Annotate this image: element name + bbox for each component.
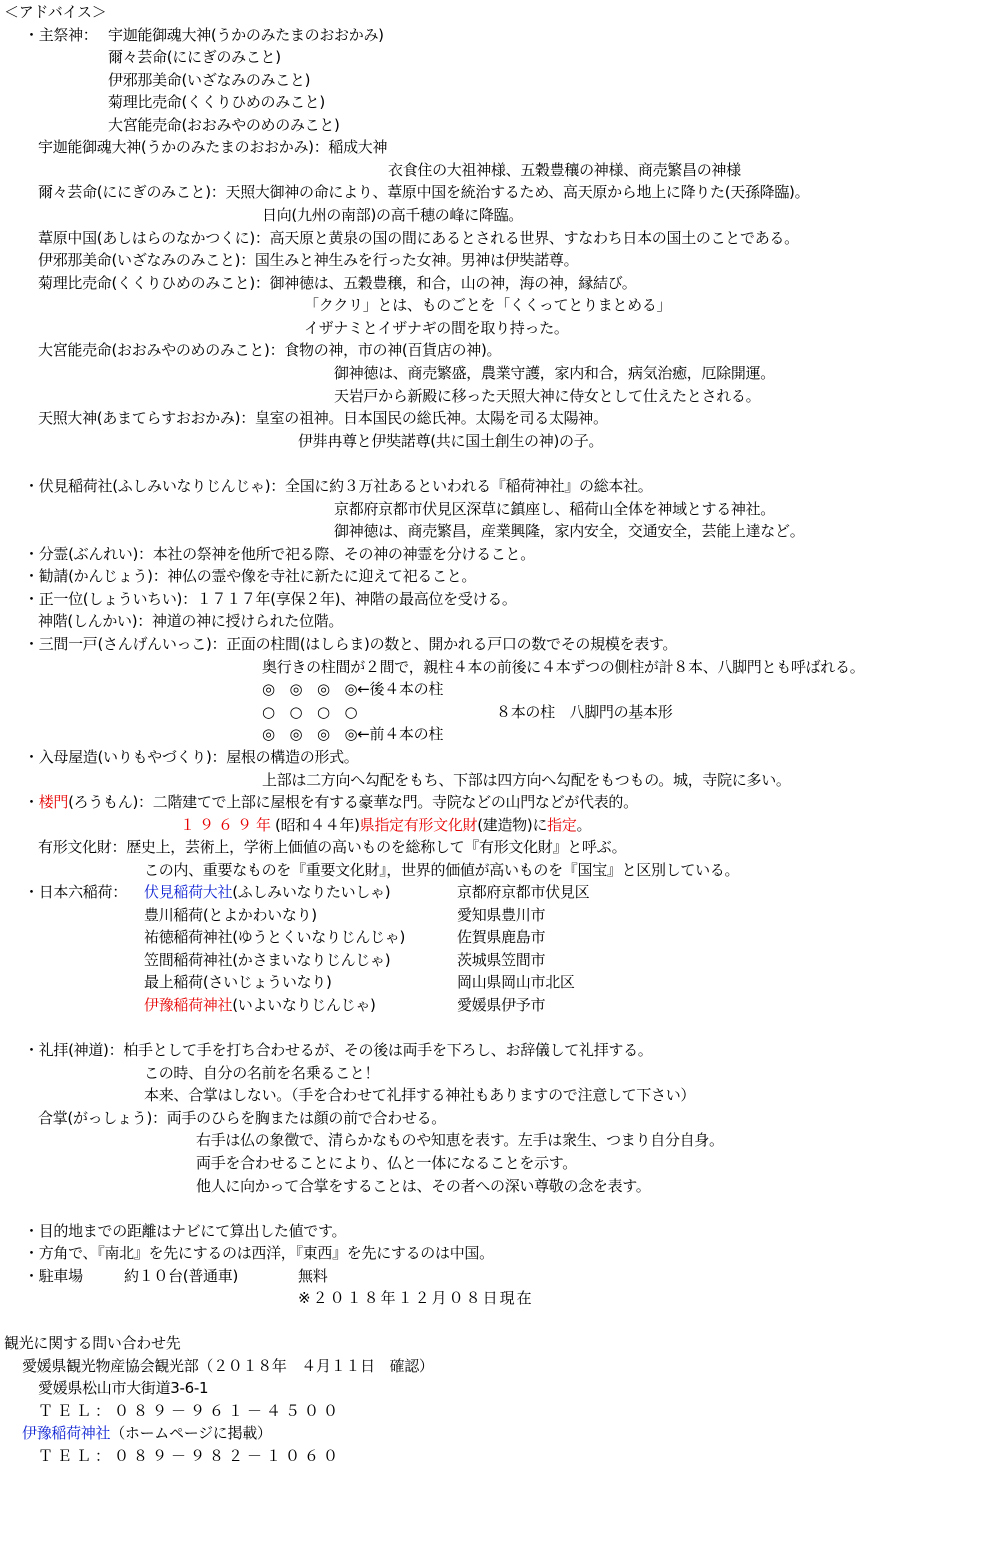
worship-term: ・礼拝(神道)：柏手として手を打ち合わせるが、その後は両手を下ろし、お辞儀して礼… bbox=[24, 1040, 653, 1060]
shrine-reading: (とよかわいなり) bbox=[203, 906, 317, 924]
cultural-property-line: この内、重要なものを『重要文化財』，世界的価値が高いものを『国宝』と区別している… bbox=[144, 860, 739, 880]
shrine-name: 豊川稲荷 bbox=[144, 906, 203, 924]
six-inari-item: 笠間稲荷神社(かさまいなりじんじゃ) bbox=[144, 950, 390, 970]
romon-term: ・楼門(ろうもん)：二階建てで上部に屋根を有する豪華な門。寺院などの山門などが代… bbox=[24, 792, 638, 812]
shrine-reading: (いよいなりじんじゃ) bbox=[232, 996, 375, 1014]
deity-note-line: 伊弉冉尊と伊奘諾尊(共に国土創生の神)の子。 bbox=[298, 431, 603, 451]
romon-structure: (建造物)に bbox=[477, 816, 547, 834]
shrine-reading: (ふしみいなりたいしゃ) bbox=[232, 883, 390, 901]
term-bunrei: ・分霊(ぶんれい)：本社の祭神を他所で祀る際、その神の神霊を分けること。 bbox=[24, 544, 535, 564]
contact-org2: 伊豫稲荷神社（ホームページに掲載） bbox=[22, 1423, 272, 1443]
gassho-line: 右手は仏の象徴で、清らかなものや知恵を表す。左手は衆生、つまり自分自身。 bbox=[196, 1130, 724, 1150]
shrine-name: 最上稲荷 bbox=[144, 973, 203, 991]
shrine-location: 茨城県笠間市 bbox=[457, 950, 545, 970]
romon-designation: １９６９年(昭和４４年)県指定有形文化財(建造物)に指定。 bbox=[180, 815, 591, 835]
shrine-location: 愛媛県伊予市 bbox=[457, 995, 545, 1015]
parking-capacity: 約１０台(普通車) bbox=[124, 1266, 238, 1286]
parking-fee: 無料 bbox=[298, 1266, 327, 1286]
fushimi-term: ・伏見稲荷社(ふしみいなりじんじゃ)：全国に約３万社あるといわれる『稲荷神社』の… bbox=[24, 476, 653, 496]
romon-designated: 指定 bbox=[547, 816, 576, 834]
deity-item: 伊邪那美命(いざなみのみこと) bbox=[108, 70, 310, 90]
pillar-diagram-back: ◎ ◎ ◎ ◎←後４本の柱 bbox=[262, 679, 443, 699]
romon-showa: (昭和４４年) bbox=[275, 816, 360, 834]
term-shoichii: ・正一位(しょういちい)：１７１７年(享保２年)、神階の最高位を受ける。 bbox=[24, 589, 517, 609]
deity-note-term: 天照大神(あまてらすおおかみ)：皇室の祖神。日本国民の総氏神。太陽を司る太陽神。 bbox=[38, 408, 608, 428]
deity-note-term: 菊理比売命(くくりひめのみこと)：御神徳は、五穀豊穣，和合，山の神，海の神，縁結… bbox=[38, 273, 637, 293]
contact-org2-note: （ホームページに掲載） bbox=[110, 1424, 271, 1442]
shrine-reading: (ゆうとくいなりじんじゃ) bbox=[232, 928, 405, 946]
contact-org2-tel: ＴＥＬ：０８９－９８２－１０６０ bbox=[38, 1446, 342, 1466]
romon-designation-type: 県指定有形文化財 bbox=[360, 816, 478, 834]
deity-item: 菊理比売命(くくりひめのみこと) bbox=[108, 92, 325, 112]
pillar-diagram-front: ◎ ◎ ◎ ◎←前４本の柱 bbox=[262, 724, 443, 744]
fushimi-line: 御神徳は、商売繁昌，産業興隆，家内安全，交通安全，芸能上達など。 bbox=[334, 521, 804, 541]
contact-org1: 愛媛県観光物産協会観光部（２０１８年 ４月１１日 確認） bbox=[22, 1356, 434, 1376]
deity-item: 宇迦能御魂大神(うかのみたまのおおかみ) bbox=[108, 25, 384, 45]
deities-label: ・主祭神： bbox=[24, 25, 98, 45]
worship-line: 本来、合掌はしない。（手を合わせて礼拝する神社もありますので注意して下さい） bbox=[144, 1085, 695, 1105]
romon-desc: (ろうもん)：二階建てで上部に屋根を有する豪華な門。寺院などの山門などが代表的。 bbox=[68, 793, 638, 811]
six-inari-label: ・日本六稲荷： bbox=[24, 882, 127, 902]
deity-note-term: 爾々芸命(ににぎのみこと)：天照大御神の命により、葦原中国を統治するため、高天原… bbox=[38, 182, 809, 202]
term-kanjo: ・勧請(かんじょう)：神仏の霊や像を寺社に新たに迎えて祀ること。 bbox=[24, 566, 476, 586]
deity-note-term: 葦原中国(あしはらのなかつくに)：高天原と黄泉の国の間にあるとされる世界、すなわ… bbox=[38, 228, 799, 248]
romon-end: 。 bbox=[577, 816, 592, 834]
as-of-date: ※２０１８年１２月０８日現在 bbox=[298, 1288, 534, 1308]
deity-note-term: 宇迦能御魂大神(うかのみたまのおおかみ)：稲成大神 bbox=[38, 137, 387, 157]
pillar-diagram-note: ８本の柱 八脚門の基本形 bbox=[496, 702, 672, 722]
contact-org1-address: 愛媛県松山市大街道3-6-1 bbox=[38, 1378, 208, 1398]
distance-note: ・目的地までの距離はナビにて算出した値です。 bbox=[24, 1221, 346, 1241]
sangen-line: 奥行きの柱間が２間で，親柱４本の前後に４本ずつの側柱が計８本、八脚門とも呼ばれる… bbox=[262, 657, 864, 677]
shrine-location: 岡山県岡山市北区 bbox=[457, 972, 575, 992]
contact-org2-name[interactable]: 伊豫稲荷神社 bbox=[22, 1424, 110, 1442]
contact-title: 観光に関する問い合わせ先 bbox=[4, 1333, 180, 1353]
six-inari-item: 最上稲荷(さいじょういなり) bbox=[144, 972, 332, 992]
sangen-term: ・三間一戸(さんげんいっこ)：正面の柱間(はしらま)の数と、開かれる戸口の数でそ… bbox=[24, 634, 677, 654]
deity-note-line: 天岩戸から新殿に移った天照大神に侍女として仕えたとされる。 bbox=[334, 386, 760, 406]
deity-item: 爾々芸命(ににぎのみこと) bbox=[108, 47, 281, 67]
cultural-property-term: 有形文化財：歴史上，芸術上，学術上価値の高いものを総称して『有形文化財』と呼ぶ。 bbox=[38, 837, 626, 857]
term-shinkai: 神階(しんかい)：神道の神に授けられた位階。 bbox=[38, 611, 343, 631]
deity-note-line: 「ククリ」とは、ものごとを「くくってとりまとめる」 bbox=[304, 295, 671, 315]
six-inari-item: 伊豫稲荷神社(いよいなりじんじゃ) bbox=[144, 995, 376, 1015]
deity-note-term: 大宮能売命(おおみやのめのみこと)：食物の神，市の神(百貨店の神)。 bbox=[38, 340, 501, 360]
six-inari-item: 豊川稲荷(とよかわいなり) bbox=[144, 905, 317, 925]
shrine-location: 愛知県豊川市 bbox=[457, 905, 545, 925]
deity-note-line: 衣食住の大祖神様、五穀豊穰の神様、商売繁昌の神様 bbox=[388, 160, 741, 180]
romon-bullet: ・ bbox=[24, 793, 39, 811]
shrine-name: 祐徳稲荷神社 bbox=[144, 928, 232, 946]
shrine-name: 伊豫稲荷神社 bbox=[144, 996, 232, 1014]
pillar-diagram-middle: ○ ○ ○ ○ bbox=[262, 702, 357, 722]
deity-item: 大宮能売命(おおみやのめのみこと) bbox=[108, 115, 340, 135]
six-inari-item: 祐徳稲荷神社(ゆうとくいなりじんじゃ) bbox=[144, 927, 405, 947]
gassho-line: 両手を合わせることにより、仏と一体になることを示す。 bbox=[196, 1153, 577, 1173]
romon-year: １９６９年 bbox=[180, 816, 275, 834]
irimoya-term: ・入母屋造(いりもやづくり)：屋根の構造の形式。 bbox=[24, 747, 359, 767]
worship-line: この時、自分の名前を名乗ること！ bbox=[144, 1063, 379, 1083]
contact-org1-tel: ＴＥＬ：０８９－９６１－４５００ bbox=[38, 1401, 342, 1421]
parking-label: ・駐車場 bbox=[24, 1266, 83, 1286]
deity-note-term: 伊邪那美命(いざなみのみこと)：国生みと神生みを行った女神。男神は伊奘諾尊。 bbox=[38, 250, 578, 270]
shrine-name: 伏見稲荷大社 bbox=[144, 883, 232, 901]
gassho-term: 合掌(がっしょう)：両手のひらを胸または顔の前で合わせる。 bbox=[38, 1108, 446, 1128]
deity-note-line: 御神徳は、商売繁盛，農業守護，家内和合，病気治癒，厄除開運。 bbox=[334, 363, 775, 383]
romon-name: 楼門 bbox=[39, 793, 68, 811]
six-inari-item: 伏見稲荷大社(ふしみいなりたいしゃ) bbox=[144, 882, 390, 902]
shrine-reading: (かさまいなりじんじゃ) bbox=[232, 951, 390, 969]
shrine-name: 笠間稲荷神社 bbox=[144, 951, 232, 969]
deity-note-line: イザナミとイザナギの間を取り持った。 bbox=[304, 318, 569, 338]
direction-note: ・方角で、『南北』を先にするのは西洋，『東西』を先にするのは中国。 bbox=[24, 1243, 494, 1263]
shrine-reading: (さいじょういなり) bbox=[203, 973, 332, 991]
shrine-location: 佐賀県鹿島市 bbox=[457, 927, 545, 947]
shrine-location: 京都府京都市伏見区 bbox=[457, 882, 589, 902]
deity-note-line: 日向(九州の南部)の高千穂の峰に降臨。 bbox=[262, 205, 523, 225]
fushimi-line: 京都府京都市伏見区深草に鎮座し、稲荷山全体を神域とする神社。 bbox=[334, 499, 775, 519]
irimoya-line: 上部は二方向へ勾配をもち、下部は四方向へ勾配をもつもの。城，寺院に多い。 bbox=[262, 770, 791, 790]
gassho-line: 他人に向かって合掌をすることは、その者への深い尊敬の念を表す。 bbox=[196, 1176, 651, 1196]
page-title: ＜アドバイス＞ bbox=[4, 2, 106, 22]
